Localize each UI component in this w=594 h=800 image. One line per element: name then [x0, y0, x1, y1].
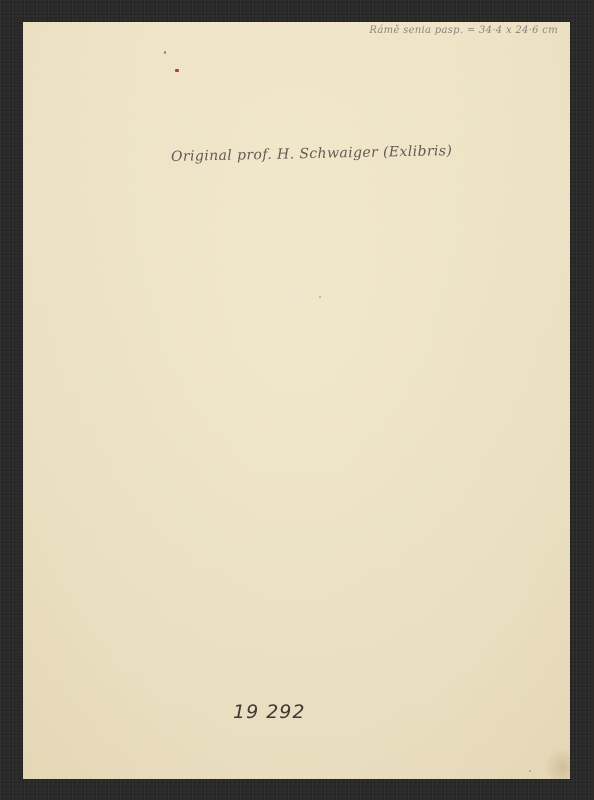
original-attribution-note: Original prof. H. Schwaiger (Exlibris) [171, 143, 453, 165]
paper-sheet: Rámě senia pasp. = 34·4 x 24·6 cm Origin… [23, 22, 570, 779]
inventory-number: 19 292 [233, 701, 305, 723]
red-mark [175, 69, 179, 72]
paper-speck [529, 770, 531, 772]
corner-stain [546, 749, 570, 779]
dimensions-note: Rámě senia pasp. = 34·4 x 24·6 cm [369, 25, 558, 36]
red-mark-small [164, 51, 166, 54]
paper-speck [319, 296, 321, 298]
